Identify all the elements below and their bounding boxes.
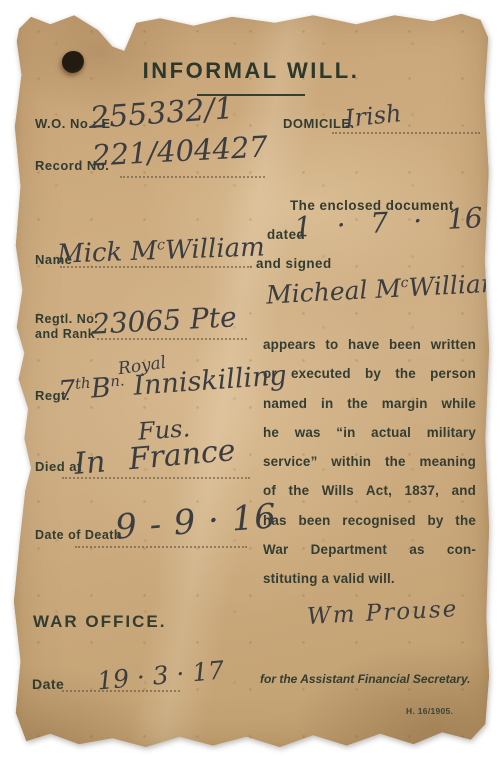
- declaration-line: has been recognised by the: [263, 506, 476, 535]
- name-value-post: William: [165, 232, 266, 265]
- wo-number-value: 255332/1: [89, 91, 235, 136]
- date-of-death-dotted-line: [75, 546, 247, 548]
- domicile-label: DOMICILE.: [283, 116, 355, 131]
- war-office-label: WAR OFFICE.: [33, 612, 166, 632]
- signed-name-value: Micheal McWilliams: [265, 267, 500, 309]
- for-assistant-financial-secretary-label: for the Assistant Financial Secretary.: [260, 672, 471, 686]
- signed-name-post: Williams: [408, 267, 500, 302]
- regtl-dotted-line: [97, 338, 247, 340]
- official-signature: Wm Prouse: [306, 596, 458, 630]
- regt-battalion-superscript: n.: [110, 371, 126, 390]
- form-reference-number: H. 16/1905.: [406, 706, 453, 716]
- name-dotted-line: [60, 266, 252, 268]
- signed-name-pre: Micheal M: [265, 274, 401, 310]
- died-at-dotted-line: [62, 477, 250, 479]
- record-dotted-line: [120, 176, 265, 178]
- declaration-line: of the Wills Act, 1837, and: [263, 476, 476, 505]
- date-of-death-value: 9 - 9 · 16: [114, 496, 278, 547]
- declaration-line: stituting a valid will.: [263, 564, 476, 593]
- domicile-dotted-line: [332, 132, 480, 134]
- declaration-line: named in the margin while: [263, 389, 476, 418]
- regt-value: 7thBn. Inniskilling: [57, 360, 288, 407]
- regt-number-superscript: th: [74, 374, 91, 393]
- regtl-no-rank-label: Regtl. No.and Rank: [35, 312, 98, 342]
- declaration-line: appears to have been written: [263, 330, 476, 359]
- name-value: Mick McWilliam: [57, 232, 266, 269]
- declaration-line: or executed by the person: [263, 359, 476, 388]
- declaration-line: service” within the meaning: [263, 447, 476, 476]
- regtl-label-line2: and Rank: [35, 327, 95, 341]
- declaration-line: War Department as con-: [263, 535, 476, 564]
- date-dotted-line: [62, 690, 180, 692]
- domicile-value: Irish: [344, 99, 403, 133]
- died-at-value: In France: [73, 433, 237, 482]
- record-number-value: 221/404427: [91, 129, 268, 172]
- and-signed-label: and signed: [256, 256, 332, 271]
- paper-sheet: INFORMAL WILL. W.O. No.: E 255332/1 DOMI…: [12, 8, 490, 750]
- regt-battalion: B: [90, 372, 112, 404]
- document-title: INFORMAL WILL.: [12, 58, 490, 84]
- regtl-no-rank-value: 23065 Pte: [91, 300, 237, 341]
- name-value-pre: Mick M: [57, 236, 158, 269]
- declaration-line: he was “in actual military: [263, 418, 476, 447]
- regtl-label-line1: Regtl. No.: [35, 312, 98, 326]
- declaration-body: appears to have been writtenor executed …: [263, 330, 476, 594]
- date-of-death-label: Date of Death: [35, 528, 122, 542]
- date-label: Date: [32, 676, 64, 692]
- document-scan: INFORMAL WILL. W.O. No.: E 255332/1 DOMI…: [0, 0, 500, 758]
